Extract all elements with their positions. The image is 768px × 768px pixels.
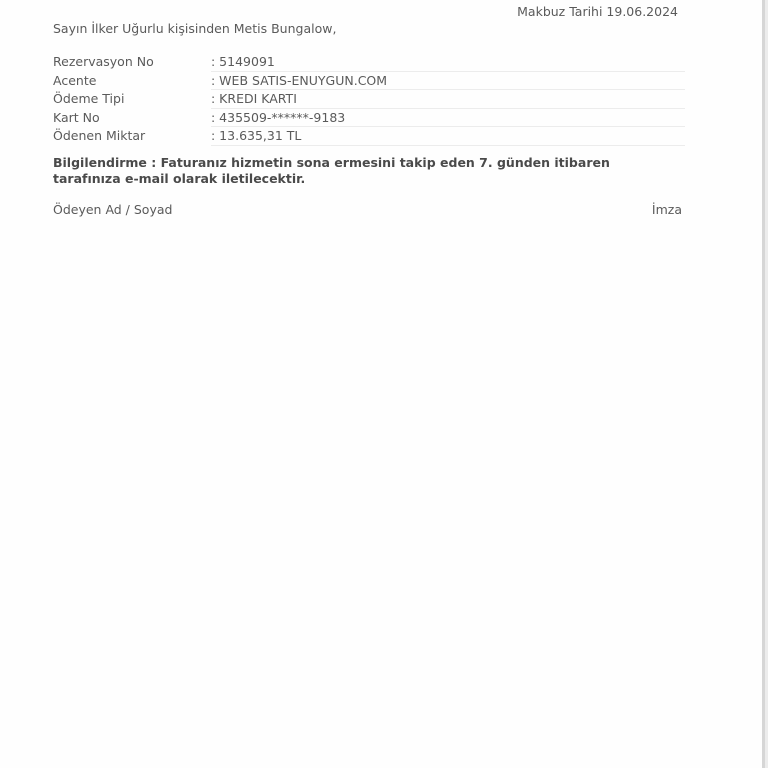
info-notice-line-1: Bilgilendirme : Faturanız hizmetin sona … bbox=[53, 155, 693, 171]
detail-value: : 5149091 bbox=[211, 53, 685, 72]
detail-value: : 13.635,31 TL bbox=[211, 127, 685, 146]
signature-row: Ödeyen Ad / Soyad İmza bbox=[53, 202, 682, 220]
signature-label: İmza bbox=[652, 202, 682, 217]
detail-row-paid-amount: Ödenen Miktar : 13.635,31 TL bbox=[53, 127, 685, 146]
detail-label: Kart No bbox=[53, 109, 211, 127]
detail-row-agency: Acente : WEB SATIS-ENUYGUN.COM bbox=[53, 72, 685, 91]
receipt-page: Makbuz Tarihi 19.06.2024 Sayın İlker Uğu… bbox=[0, 0, 762, 768]
detail-label: Rezervasyon No bbox=[53, 53, 211, 71]
detail-row-card-no: Kart No : 435509-******-9183 bbox=[53, 109, 685, 128]
receipt-date: Makbuz Tarihi 19.06.2024 bbox=[517, 4, 678, 19]
greeting-line: Sayın İlker Uğurlu kişisinden Metis Bung… bbox=[53, 21, 336, 36]
detail-value: : WEB SATIS-ENUYGUN.COM bbox=[211, 72, 685, 91]
receipt-details-table: Rezervasyon No : 5149091 Acente : WEB SA… bbox=[53, 53, 685, 146]
detail-value: : KREDI KARTI bbox=[211, 90, 685, 109]
info-notice-line-2: tarafınıza e-mail olarak iletilecektir. bbox=[53, 171, 693, 187]
detail-label: Ödeme Tipi bbox=[53, 90, 211, 108]
detail-row-reservation-no: Rezervasyon No : 5149091 bbox=[53, 53, 685, 72]
detail-label: Acente bbox=[53, 72, 211, 90]
detail-row-payment-type: Ödeme Tipi : KREDI KARTI bbox=[53, 90, 685, 109]
info-notice: Bilgilendirme : Faturanız hizmetin sona … bbox=[53, 155, 693, 187]
detail-label: Ödenen Miktar bbox=[53, 127, 211, 145]
detail-value: : 435509-******-9183 bbox=[211, 109, 685, 128]
payer-name-label: Ödeyen Ad / Soyad bbox=[53, 202, 172, 217]
